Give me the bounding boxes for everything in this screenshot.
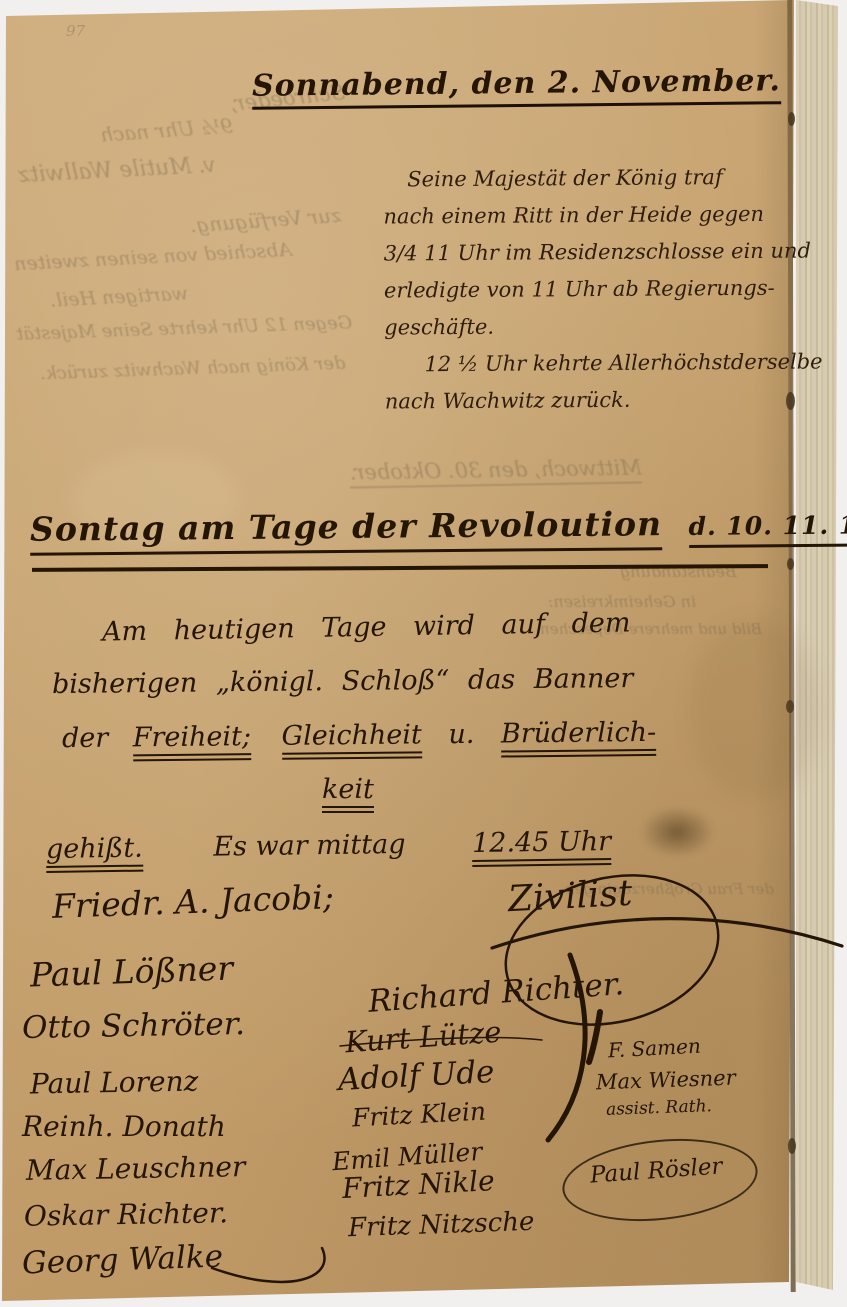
entry1-line: nach einem Ritt in der Heide gegen [383, 196, 813, 236]
entry2-word-keit: keit [322, 774, 374, 813]
entry1-line: Seine Majestät der König traf [383, 159, 813, 199]
entry1-heading-text: Sonnabend, den 2. November. [252, 63, 781, 110]
entry1-line: nach Wachwitz zurück. [385, 380, 815, 420]
ink-smudge [640, 806, 715, 858]
entry2-line3-mid: u. [448, 719, 474, 750]
signature: Otto Schröter. [22, 1006, 246, 1046]
signature: Max Leuschner [26, 1150, 246, 1187]
signature-jacobi-title: Zivilist [507, 873, 633, 920]
entry2-word-gleichheit: Gleichheit [281, 719, 422, 759]
signature: Reinh. Donath [22, 1110, 226, 1143]
entry2-line5: gehißt. Es war mittag 12.45 Uhr [46, 826, 611, 865]
paper-stain [690, 620, 820, 800]
entry2-line3: der Freiheit; Gleichheit u. Brüderlich- [62, 717, 656, 754]
page-number-mark: 97 [66, 22, 85, 40]
entry2-heading: Sontag am Tage der Revoloution d. 10. 11… [30, 502, 847, 548]
entry1-line: 3/4 11 Uhr im Residenzschlosse ein und [384, 233, 814, 273]
entry2-line3-pre: der [62, 723, 108, 754]
signature: Paul Lorenz [30, 1065, 199, 1101]
entry2-word-bruederlich: Brüderlich- [501, 717, 657, 758]
edge-tear-spot [788, 1138, 796, 1154]
signature-title: assist. Rath. [606, 1096, 713, 1120]
entry2-word-gehisst: gehißt. [46, 833, 143, 873]
entry1-line: erledigte von 11 Uhr ab Regierungs- [384, 269, 814, 309]
edge-tear-spot [787, 558, 794, 570]
entry1-line: geschäfte. [384, 306, 814, 346]
signature: F. Samen [607, 1034, 701, 1063]
entry2-heading-text: Sontag am Tage der Revoloution [30, 504, 662, 556]
bleedthrough-heading: Mittwoch, den 30. Oktober. [350, 455, 642, 488]
entry2-time-value: 12.45 Uhr [472, 826, 611, 867]
signature: Oskar Richter. [24, 1196, 229, 1233]
entry2-line5-mid: Es war mittag [213, 829, 406, 863]
entry1-line: 12 ½ Uhr kehrte Allerhöchstderselbe [384, 343, 814, 383]
edge-tear-spot [788, 112, 795, 126]
signature: Paul Lößner [29, 948, 233, 994]
entry1-paragraphs: Seine Majestät der König traf nach einem… [383, 159, 815, 421]
signature: Georg Walke [21, 1239, 223, 1282]
entry2-line4: keit [322, 774, 374, 805]
entry2-word-freiheit: Freiheit; [133, 721, 252, 761]
entry1-heading: Sonnabend, den 2. November. [252, 63, 781, 104]
entry2-line2: bisherigen „königl. Schloß“ das Banner [52, 663, 634, 700]
entry2-heading-date: d. 10. 11. 18. [688, 510, 847, 548]
signature: Max Wiesner [596, 1066, 736, 1095]
scanned-diary-page: 97 Schroeder, 9½ Uhr nach v. Mutile Wall… [0, 0, 847, 1307]
